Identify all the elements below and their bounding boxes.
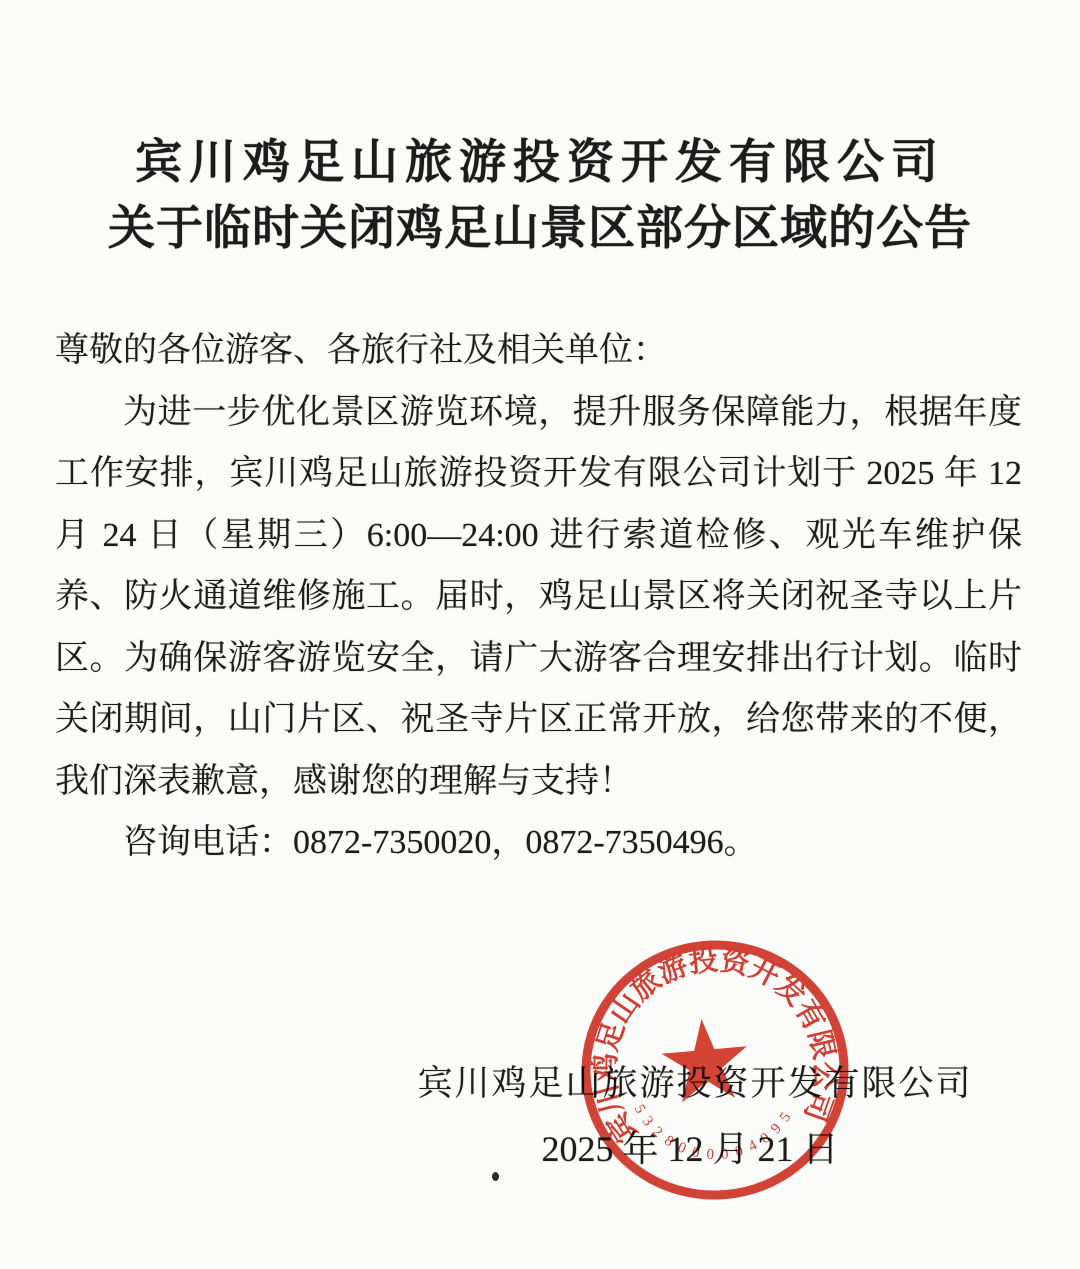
title-line-company: 宾川鸡足山旅游投资开发有限公司 <box>0 130 1080 196</box>
body-line: 养、防火通道维修施工。届时，鸡足山景区将关闭祝圣寺以上片 <box>55 566 1022 628</box>
phone-line: 咨询电话：0872-7350020，0872-7350496。 <box>55 812 1022 874</box>
body-line: 工作安排，宾川鸡足山旅游投资开发有限公司计划于 2025 年 12 <box>55 443 1022 505</box>
body-line: 月 24 日（星期三）6:00—24:00 进行索道检修、观光车维护保 <box>55 505 1022 567</box>
seal-company-text: 宾川鸡足山旅游投资开发有限公司 <box>578 933 848 1151</box>
seal-serial-text: 5328000004095 <box>630 1089 798 1170</box>
body-line: 我们深表歉意，感谢您的理解与支持！ <box>55 751 1022 813</box>
title-line-subject: 关于临时关闭鸡足山景区部分区域的公告 <box>0 196 1080 262</box>
notice-page: 宾川鸡足山旅游投资开发有限公司 关于临时关闭鸡足山景区部分区域的公告 尊敬的各位… <box>0 0 1080 1269</box>
salutation-line: 尊敬的各位游客、各旅行社及相关单位： <box>55 320 1022 382</box>
notice-title: 宾川鸡足山旅游投资开发有限公司 关于临时关闭鸡足山景区部分区域的公告 <box>0 130 1080 262</box>
body-line: 区。为确保游客游览安全，请广大游客合理安排出行计划。临时 <box>55 628 1022 690</box>
company-seal: 宾川鸡足山旅游投资开发有限公司 5328000004095 <box>567 922 863 1218</box>
body-line: 为进一步优化景区游览环境，提升服务保障能力，根据年度 <box>55 382 1022 444</box>
ink-dot <box>492 1172 499 1181</box>
notice-body: 尊敬的各位游客、各旅行社及相关单位： 为进一步优化景区游览环境，提升服务保障能力… <box>55 320 1022 874</box>
seal-star-icon <box>659 1015 751 1104</box>
body-line: 关闭期间，山门片区、祝圣寺片区正常开放，给您带来的不便， <box>55 689 1022 751</box>
